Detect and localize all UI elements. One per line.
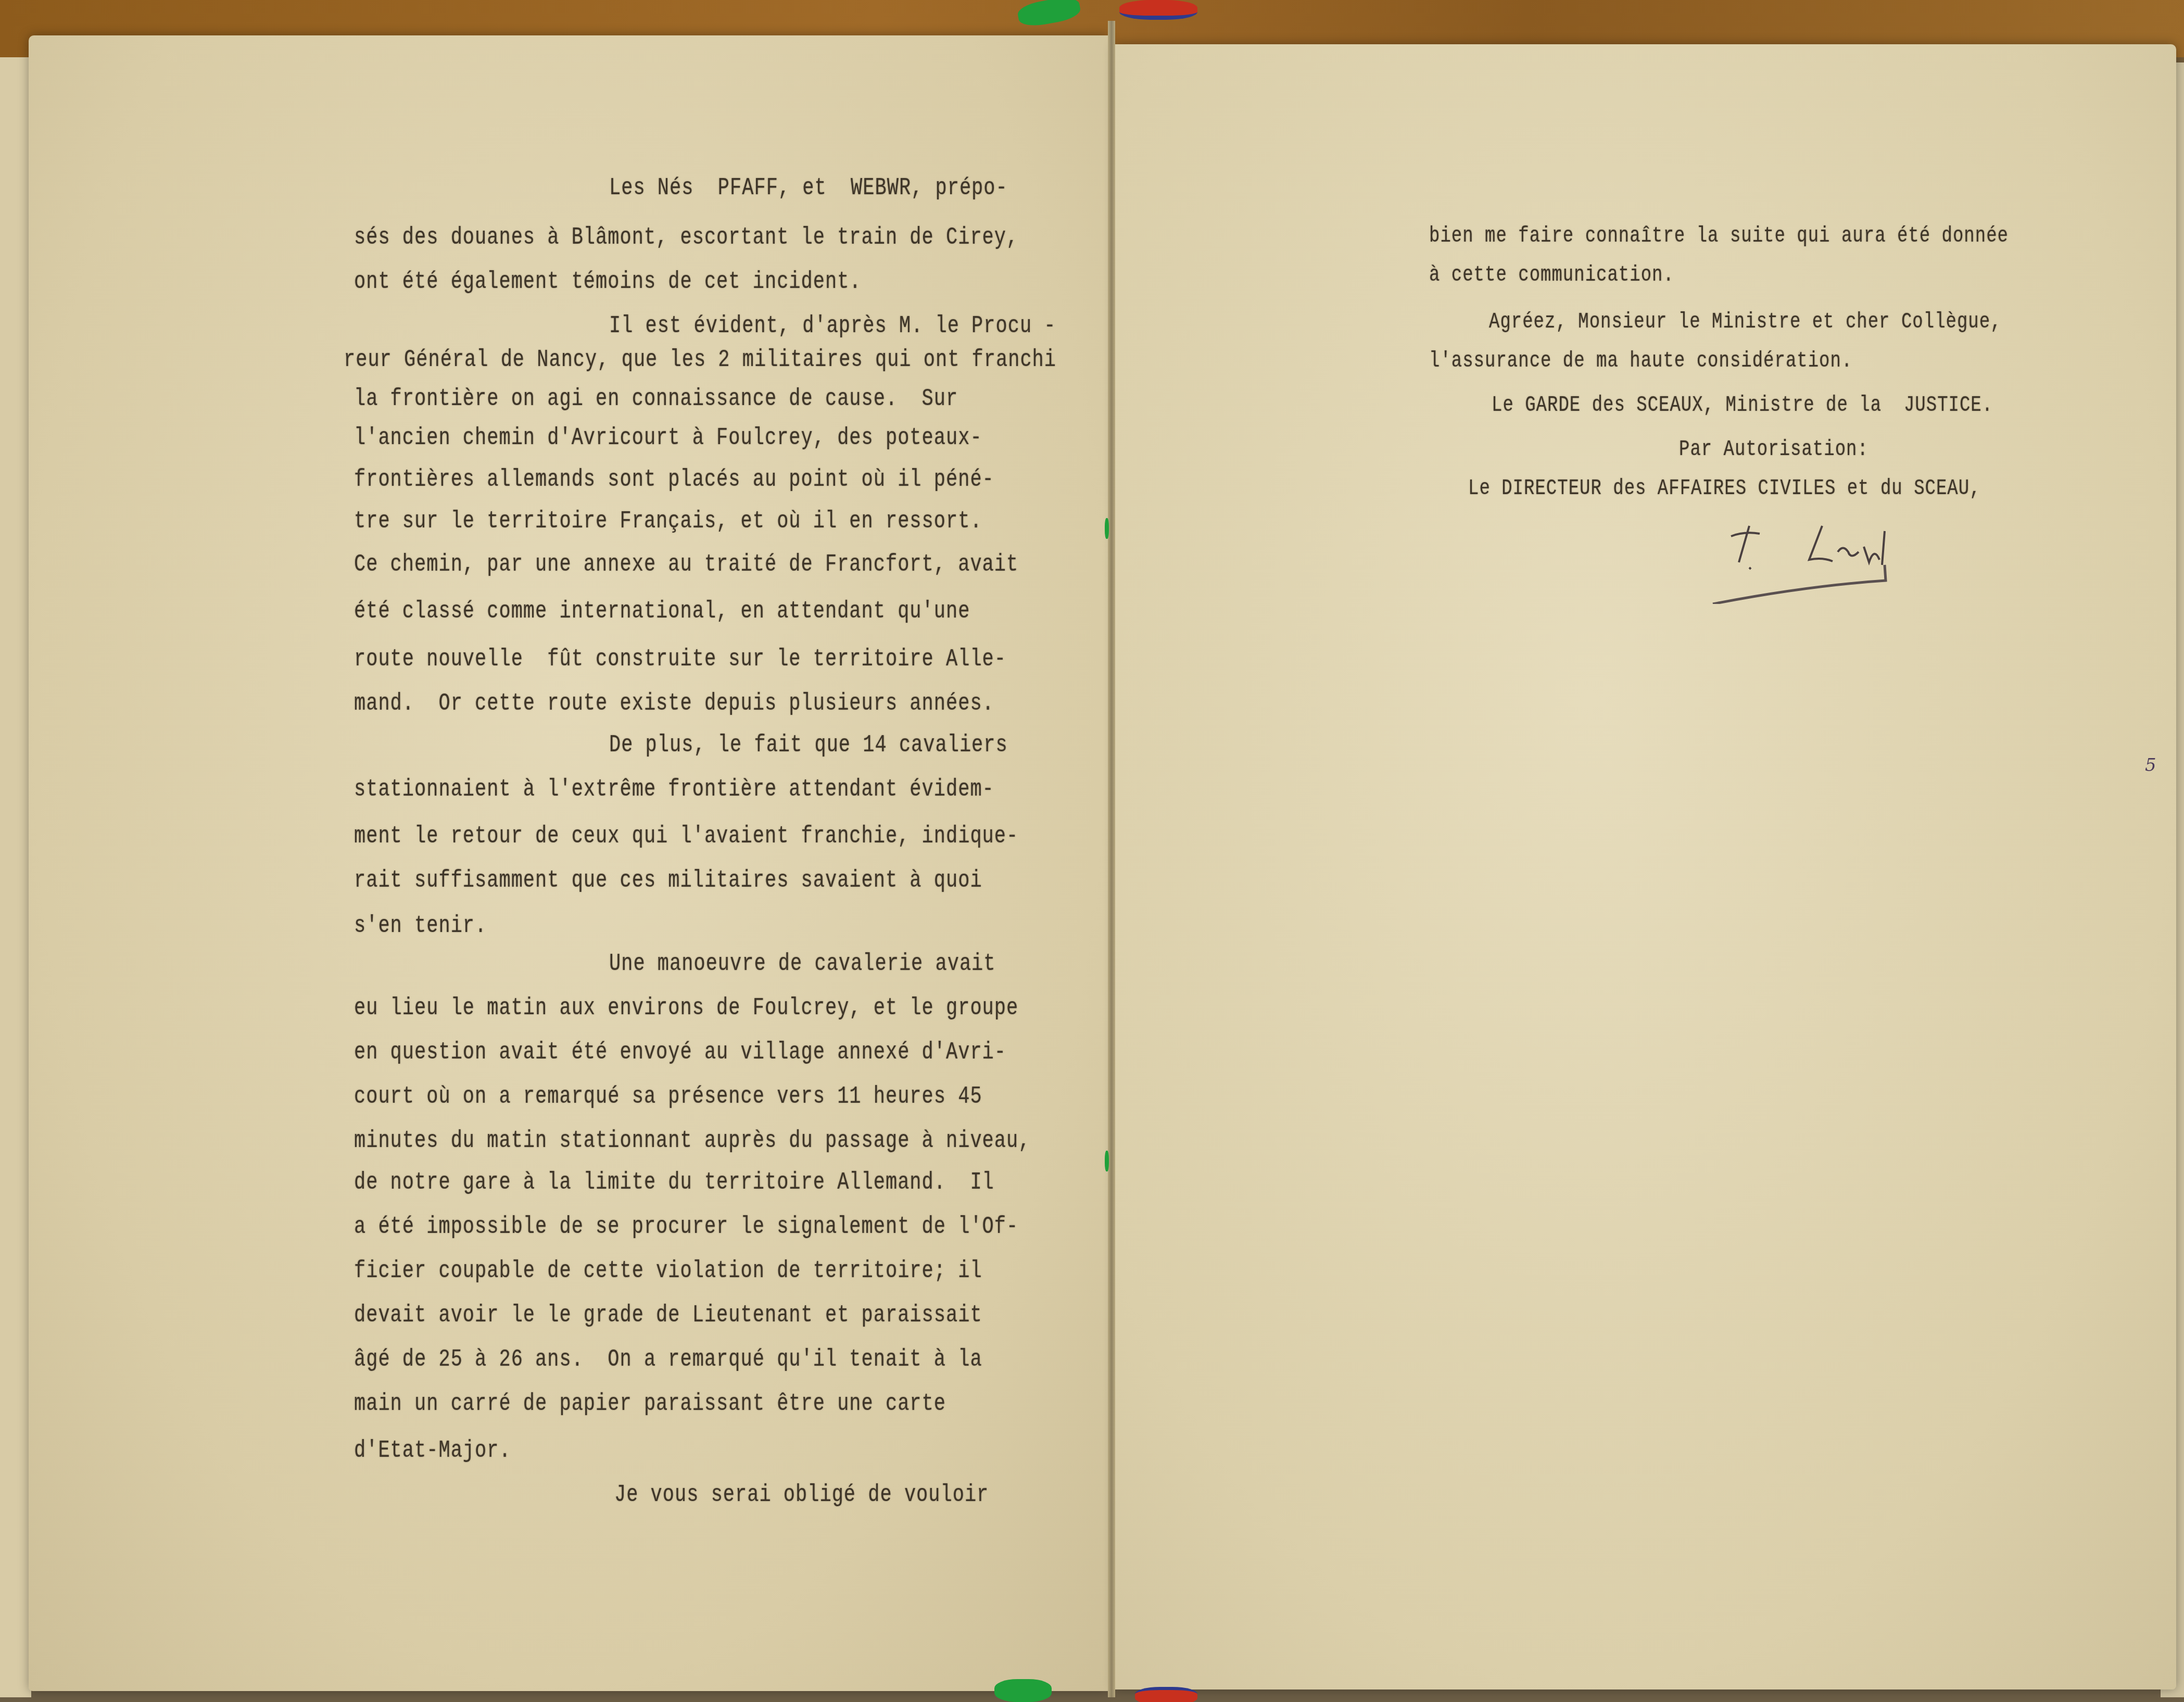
binding-thread-green-mid2 <box>1105 1151 1109 1171</box>
text-line: ment le retour de ceux qui l'avaient fra… <box>354 823 1018 850</box>
page-number-mark: 5 <box>2145 755 2156 776</box>
text-line: eu lieu le matin aux environs de Foulcre… <box>354 994 1018 1022</box>
text-line: la frontière on agi en connaissance de c… <box>354 385 958 413</box>
text-line: âgé de 25 à 26 ans. On a remarqué qu'il … <box>354 1346 982 1373</box>
binding-thread-green-bottom <box>994 1679 1052 1702</box>
text-line: Les Nés PFAFF, et WEBWR, prépo- <box>609 174 1008 202</box>
director-title: Le DIRECTEUR des AFFAIRES CIVILES et du … <box>1468 476 1981 501</box>
binding-thread-green-mid <box>1105 518 1109 539</box>
text-line: d'Etat-Major. <box>354 1437 511 1465</box>
text-line: a été impossible de se procurer le signa… <box>354 1213 1018 1241</box>
text-line: ficier coupable de cette violation de te… <box>354 1257 982 1285</box>
text-line: l'assurance de ma haute considération. <box>1429 349 1852 374</box>
text-line: Ce chemin, par une annexe au traité de F… <box>354 551 1018 578</box>
binding-thread-red-top <box>1119 0 1197 20</box>
text-line: minutes du matin stationnant auprès du p… <box>354 1127 1030 1155</box>
underlying-sheet-left <box>0 57 31 1697</box>
text-line: sés des douanes à Blâmont, escortant le … <box>354 224 1018 251</box>
right-page <box>1114 44 2176 1690</box>
text-line: main un carré de papier paraissant être … <box>354 1390 946 1418</box>
text-line: ont été également témoins de cet inciden… <box>354 268 862 296</box>
text-line: de notre gare à la limite du territoire … <box>354 1169 994 1196</box>
text-line: bien me faire connaître la suite qui aur… <box>1429 224 2009 249</box>
text-line: été classé comme international, en atten… <box>354 598 970 625</box>
text-line: à cette communication. <box>1429 263 1674 288</box>
binding-gutter <box>1108 21 1115 1697</box>
text-line: Agréez, Monsieur le Ministre et cher Col… <box>1489 310 2002 335</box>
text-line: rait suffisamment que ces militaires sav… <box>354 867 982 894</box>
text-line: s'en tenir. <box>354 912 487 940</box>
handwritten-signature <box>1702 515 1963 604</box>
text-line: mand. Or cette route existe depuis plusi… <box>354 690 994 717</box>
text-line: l'ancien chemin d'Avricourt à Foulcrey, … <box>354 424 982 452</box>
text-line: stationnaient à l'extrême frontière atte… <box>354 776 994 803</box>
text-line: De plus, le fait que 14 cavaliers <box>609 732 1008 759</box>
text-line: Il est évident, d'après M. le Procu - <box>609 312 1056 340</box>
text-line: en question avait été envoyé au village … <box>354 1039 1006 1066</box>
text-line: court où on a remarqué sa présence vers … <box>354 1083 982 1111</box>
text-line: reur Général de Nancy, que les 2 militai… <box>344 346 1056 374</box>
text-line: devait avoir le le grade de Lieutenant e… <box>354 1302 982 1329</box>
text-line: Une manoeuvre de cavalerie avait <box>609 950 996 978</box>
text-line: Je vous serai obligé de vouloir <box>614 1481 989 1509</box>
text-line: route nouvelle fût construite sur le ter… <box>354 646 1006 673</box>
signatory-title: Le GARDE des SCEAUX, Ministre de la JUST… <box>1492 393 1993 418</box>
text-line: frontières allemands sont placés au poin… <box>354 466 994 494</box>
binding-thread-red-bottom <box>1135 1687 1197 1702</box>
authorization-label: Par Autorisation: <box>1679 437 1869 462</box>
text-line: tre sur le territoire Français, et où il… <box>354 508 982 535</box>
